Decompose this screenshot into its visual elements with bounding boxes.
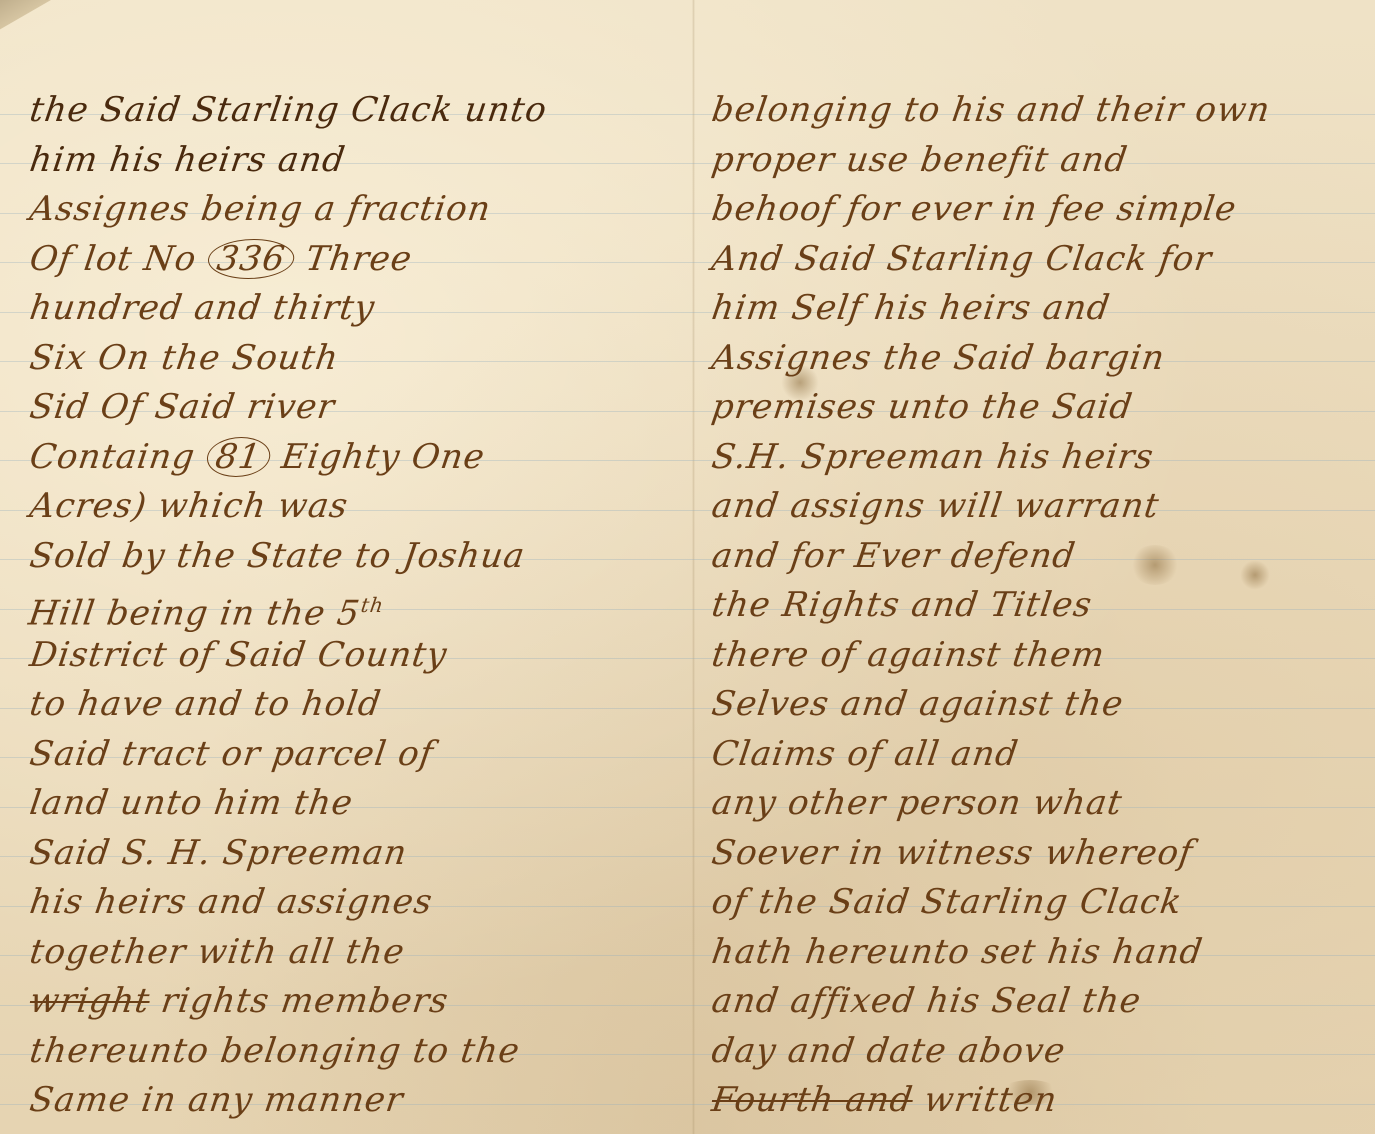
ordinal-suffix: th — [359, 593, 385, 617]
text-line: his heirs and assignes — [27, 878, 694, 928]
text-line: together with all the — [27, 928, 694, 978]
struck-out-word: Fourth and — [709, 1080, 915, 1120]
text-line: the Said Starling Clack unto — [27, 86, 694, 136]
center-fold-crease — [692, 0, 695, 1134]
acres-number-circled: 81 — [204, 437, 273, 477]
lot-number-circled: 336 — [205, 239, 297, 279]
text-line: and assigns will warrant — [709, 482, 1366, 532]
text-line: him his heirs and — [27, 136, 694, 186]
text-line: the Rights and Titles — [709, 581, 1366, 631]
text-line: any other person what — [709, 779, 1366, 829]
text-line: Containg 81 Eighty One — [27, 433, 694, 483]
text-line: Assignes the Said bargin — [709, 334, 1366, 384]
folded-corner — [0, 0, 60, 30]
text-line: of the Said Starling Clack — [709, 878, 1366, 928]
text-line: to have and to hold — [27, 680, 694, 730]
text-line: land unto him the — [27, 779, 694, 829]
text-line: Said tract or parcel of — [27, 730, 694, 780]
text-line: there of against them — [709, 631, 1366, 681]
text-line: Sold by the State to Joshua — [27, 532, 694, 582]
text-line: and for Ever defend — [709, 532, 1366, 582]
text-line: behoof for ever in fee simple — [709, 185, 1366, 235]
text-line: Selves and against the — [709, 680, 1366, 730]
text-line: Soever in witness whereof — [709, 829, 1366, 879]
text-line: Six On the South — [27, 334, 694, 384]
text-fragment: rights members — [159, 981, 452, 1021]
right-column: belonging to his and their own proper us… — [712, 86, 1362, 1126]
left-column: the Said Starling Clack unto him his hei… — [30, 86, 690, 1126]
text-line: premises unto the Said — [709, 383, 1366, 433]
text-line: him Self his heirs and — [709, 284, 1366, 334]
text-line: hundred and thirty — [27, 284, 694, 334]
text-line: Fourth and written — [709, 1076, 1366, 1126]
text-line: Same in any manner — [27, 1076, 694, 1126]
text-line: District of Said County — [27, 631, 694, 681]
text-line: Hill being in the 5th — [27, 581, 694, 631]
text-line: Claims of all and — [709, 730, 1366, 780]
document-page: the Said Starling Clack unto him his hei… — [0, 0, 1375, 1134]
text-fragment: Of lot No — [27, 239, 199, 279]
text-line: Said S. H. Spreeman — [27, 829, 694, 879]
text-fragment: Containg — [27, 437, 197, 477]
text-line: and affixed his Seal the — [709, 977, 1366, 1027]
text-line: day and date above — [709, 1027, 1366, 1077]
text-line: thereunto belonging to the — [27, 1027, 694, 1077]
text-line: Assignes being a fraction — [27, 185, 694, 235]
text-line: proper use benefit and — [709, 136, 1366, 186]
struck-out-word: wright — [27, 981, 152, 1021]
text-line: Sid Of Said river — [27, 383, 694, 433]
text-line: Acres) which was — [27, 482, 694, 532]
text-fragment: Hill being in the 5 — [26, 593, 363, 633]
text-line: And Said Starling Clack for — [709, 235, 1366, 285]
text-line: wright rights members — [27, 977, 694, 1027]
text-line: S.H. Spreeman his heirs — [709, 433, 1366, 483]
text-fragment: Eighty One — [279, 437, 488, 477]
text-fragment: Three — [303, 239, 415, 279]
text-fragment: written — [922, 1080, 1060, 1120]
text-line: Of lot No 336 Three — [27, 235, 694, 285]
text-line: hath hereunto set his hand — [709, 928, 1366, 978]
text-line: belonging to his and their own — [709, 86, 1366, 136]
